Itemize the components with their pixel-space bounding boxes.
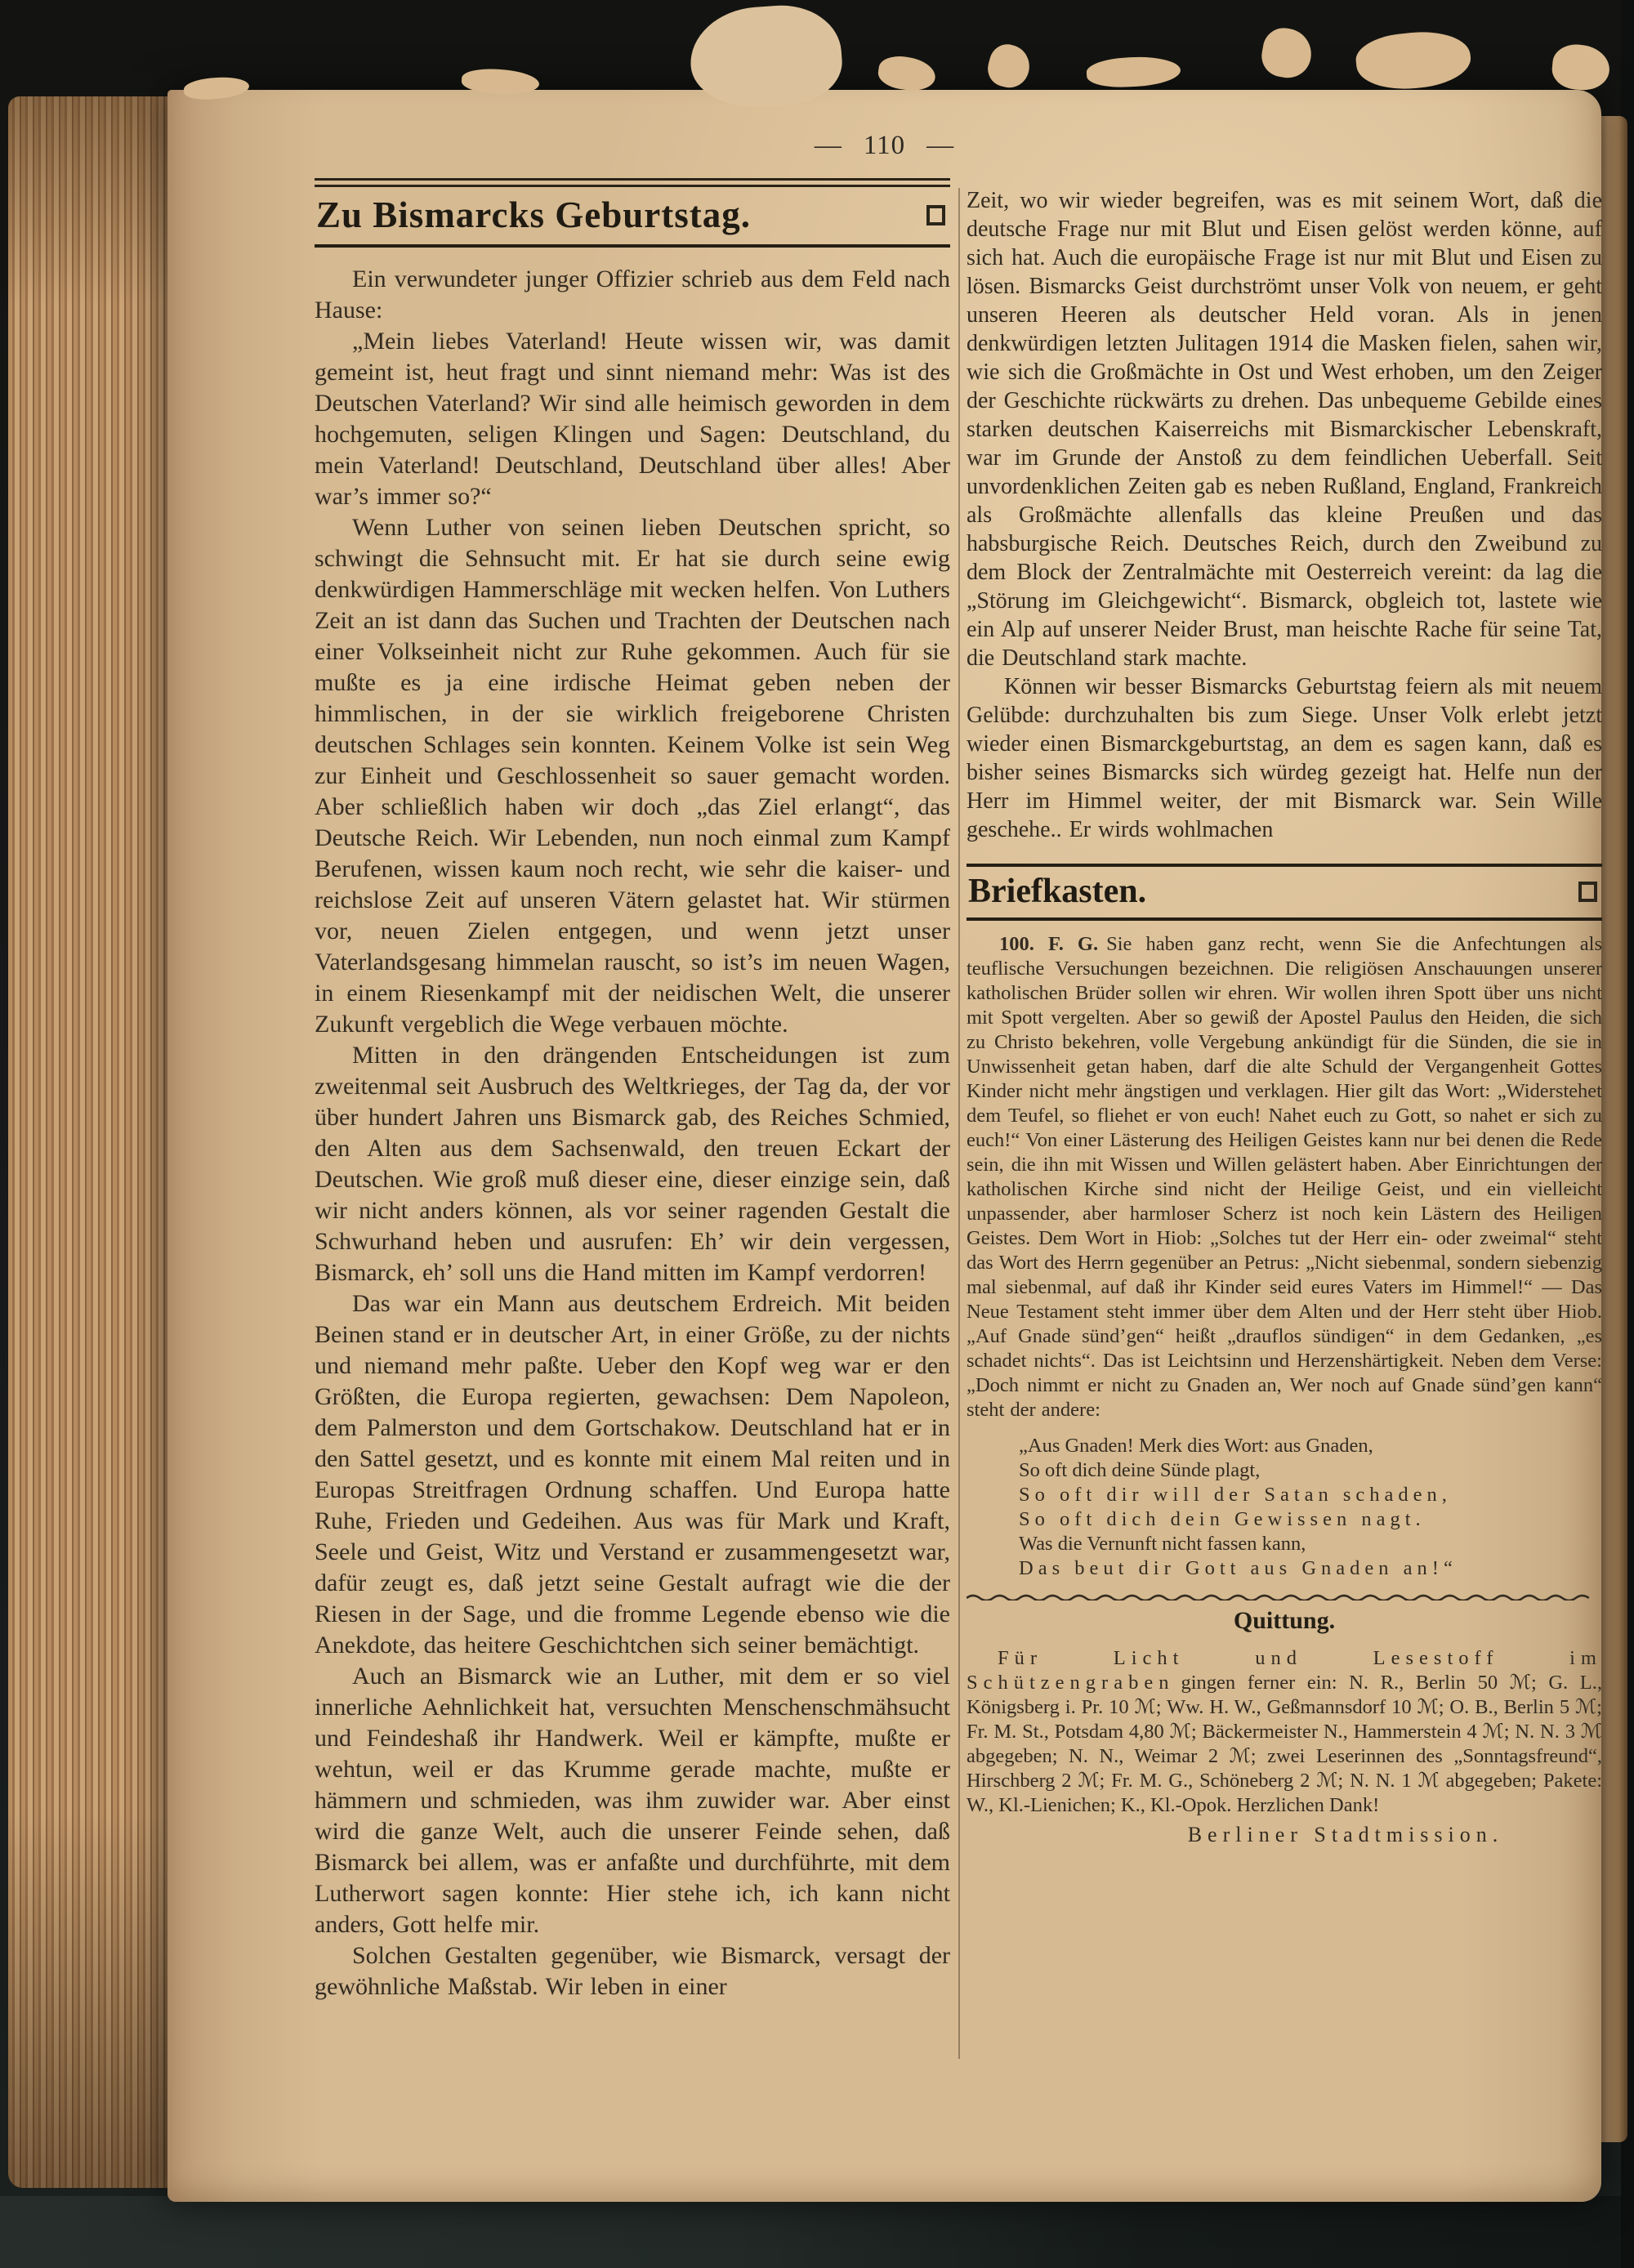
briefkasten-title: Briefkasten. xyxy=(968,872,1146,911)
paragraph: Können wir besser Bismarcks Geburtstag f… xyxy=(967,672,1602,844)
briefkasten-entry: 100. F. G.Sie haben ganz recht, wenn Sie… xyxy=(967,932,1602,1422)
paragraph: „Mein liebes Vaterland! Heute wissen wir… xyxy=(315,326,950,512)
column-divider-rule xyxy=(958,188,960,2059)
paragraph: Solchen Gestalten gegenüber, wie Bismarc… xyxy=(315,1940,950,2002)
quittung-signature: Berliner Stadtmission. xyxy=(967,1823,1602,1847)
torn-paper-fragment xyxy=(1258,25,1315,82)
article-title: Zu Bismarcks Geburtstag. xyxy=(316,194,751,236)
headline-bottom-rule xyxy=(315,244,950,248)
book-scan: { "page": { "number": "110", "dash": "—"… xyxy=(0,0,1634,2268)
section-square-icon xyxy=(1578,882,1597,902)
page-number-dash: — xyxy=(815,131,842,161)
headline-row: Zu Bismarcks Geburtstag. xyxy=(315,187,950,244)
quittung-section: Quittung. Für Licht und Lesestoff im Sch… xyxy=(967,1607,1602,1847)
article-headline-block: Zu Bismarcks Geburtstag. xyxy=(315,178,950,248)
torn-paper-fragment xyxy=(687,2,845,112)
paragraph: Auch an Bismarck wie an Luther, mit dem … xyxy=(315,1661,950,1940)
section-bottom-rule xyxy=(967,917,1602,921)
entry-text: Sie haben ganz recht, wenn Sie die Anfec… xyxy=(967,933,1602,1421)
paragraph: Zeit, wo wir wieder begreifen, was es mi… xyxy=(967,186,1602,672)
page-number: —110— xyxy=(167,131,1601,161)
paragraph: Ein verwundeter junger Offizier schrieb … xyxy=(315,264,950,326)
wavy-divider-rule xyxy=(967,1594,1602,1601)
section-square-icon xyxy=(926,205,945,225)
page-number-value: 110 xyxy=(864,131,905,160)
right-column: Zeit, wo wir wieder begreifen, was es mi… xyxy=(967,186,1602,1847)
article-continuation: Zeit, wo wir wieder begreifen, was es mi… xyxy=(967,186,1602,844)
torn-paper-fragment xyxy=(984,40,1034,92)
paragraph: Wenn Luther von seinen lieben Deutschen … xyxy=(315,512,950,1040)
poem: „Aus Gnaden! Merk dies Wort: aus Gnaden,… xyxy=(1019,1434,1602,1581)
quittung-title: Quittung. xyxy=(967,1607,1602,1635)
poem-line: So oft dich dein Gewissen nagt. xyxy=(1019,1507,1602,1532)
poem-line: Was die Vernunft nicht fassen kann, xyxy=(1019,1532,1602,1556)
paragraph: Mitten in den drängenden Entscheidungen … xyxy=(315,1040,950,1288)
briefkasten-section: 100. F. G.Sie haben ganz recht, wenn Sie… xyxy=(967,932,1602,1581)
paragraph: Das war ein Mann aus deutschem Erdreich.… xyxy=(315,1288,950,1661)
poem-line: So oft dich deine Sünde plagt, xyxy=(1019,1458,1602,1483)
torn-paper-fragment xyxy=(1354,27,1473,94)
quittung-text: Für Licht und Lesestoff im Schützengrabe… xyxy=(967,1646,1602,1818)
book-cover-bottom xyxy=(0,2196,1634,2268)
newspaper-page: —110— Zu Bismarcks Geburtstag. Ein verwu… xyxy=(167,90,1601,2202)
torn-paper-fragment xyxy=(877,53,938,93)
briefkasten-headline-block: Briefkasten. xyxy=(967,864,1602,921)
torn-paper-fragment xyxy=(1086,55,1181,89)
poem-line: So oft dir will der Satan schaden, xyxy=(1019,1483,1602,1507)
page-number-dash: — xyxy=(926,131,954,161)
entry-number: 100. F. G. xyxy=(999,933,1098,955)
torn-paper-fragment xyxy=(1551,42,1612,92)
left-column: Zu Bismarcks Geburtstag. Ein verwundeter… xyxy=(315,178,950,2002)
poem-line: Das beut dir Gott aus Gnaden an!“ xyxy=(1019,1556,1602,1581)
headline-row: Briefkasten. xyxy=(967,867,1602,917)
poem-line: „Aus Gnaden! Merk dies Wort: aus Gnaden, xyxy=(1019,1434,1602,1458)
